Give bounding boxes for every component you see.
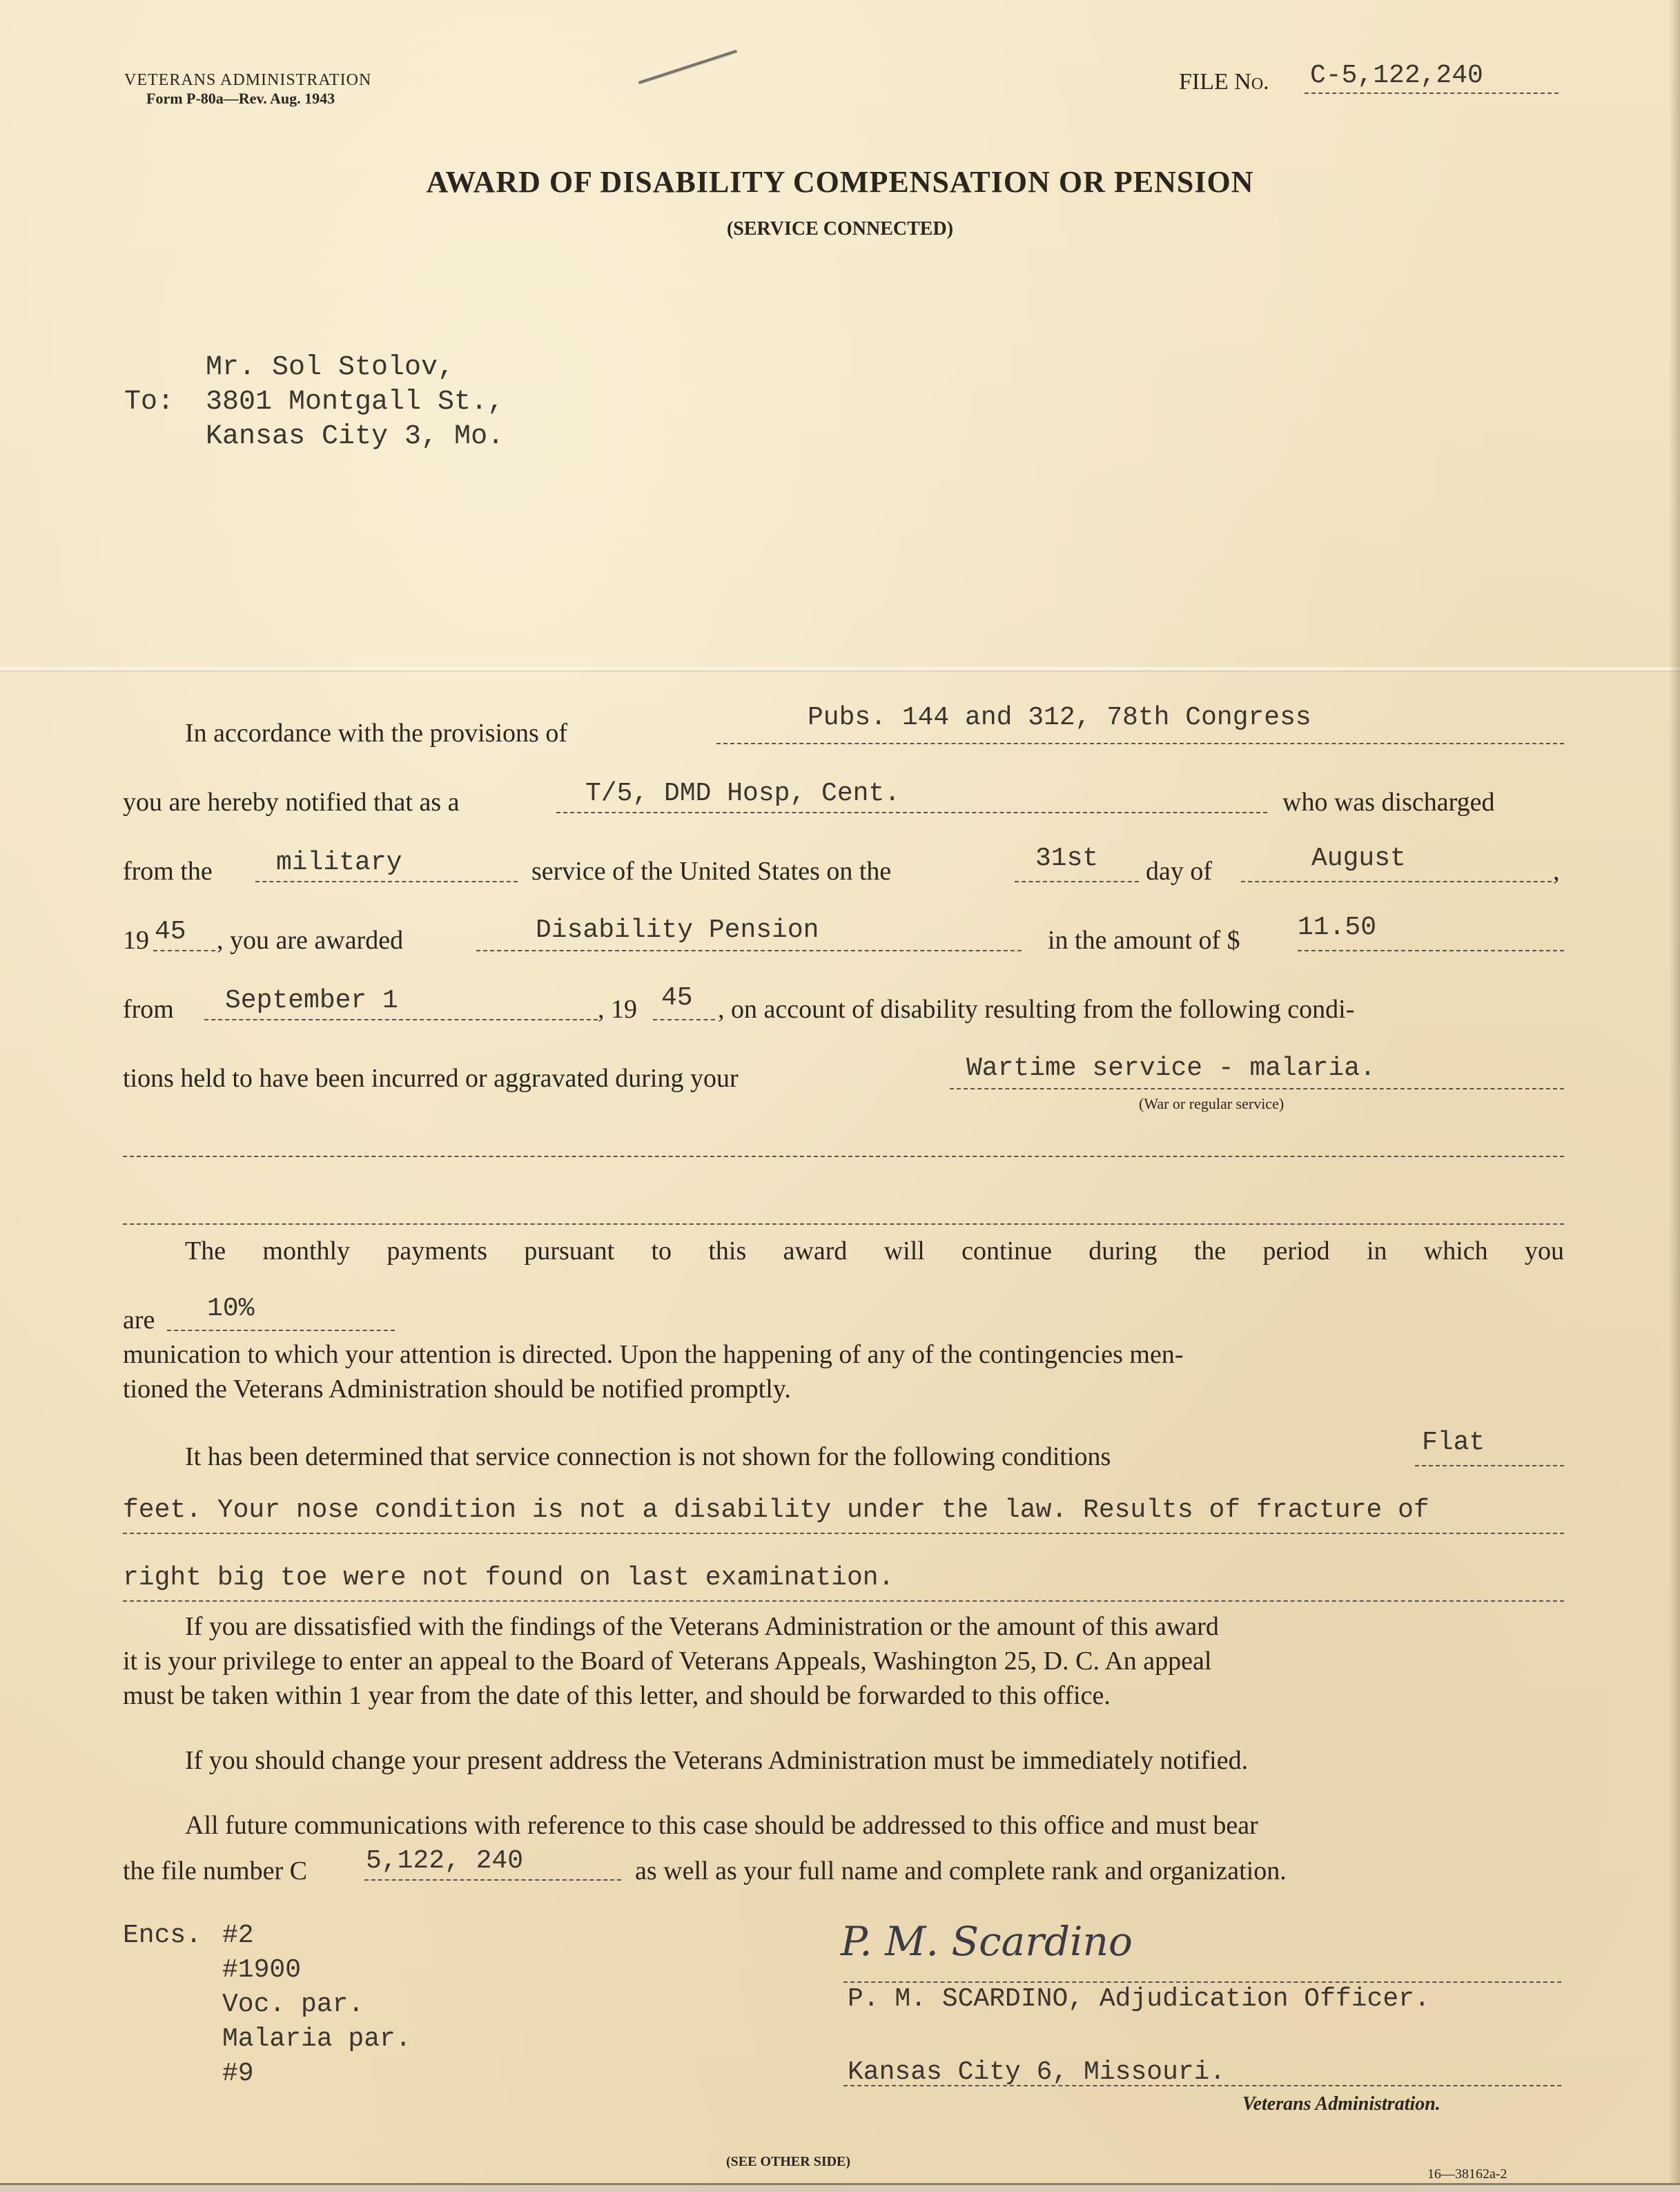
form-number: Form P-80a—Rev. Aug. 1943 bbox=[146, 90, 335, 108]
agency-name: VETERANS ADMINISTRATION bbox=[124, 71, 371, 90]
not-connected-line-2 bbox=[123, 1600, 1564, 1602]
recipient-street: 3801 Montgall St., bbox=[206, 387, 504, 418]
start-year-value: 45 bbox=[661, 983, 693, 1013]
from-the-label: from the bbox=[123, 856, 213, 886]
disability-percent: 10% bbox=[207, 1294, 254, 1323]
recipient-name: Mr. Sol Stolov, bbox=[206, 352, 454, 383]
award-type-value: Disability Pension bbox=[536, 915, 819, 945]
enclosure-item: #2 bbox=[222, 1921, 254, 1950]
not-connected-intro: It has been determined that service conn… bbox=[185, 1442, 1111, 1472]
to-label: To: bbox=[124, 387, 174, 418]
paper-edge-right bbox=[1669, 0, 1680, 2192]
enclosure-item: #9 bbox=[222, 2059, 254, 2088]
service-us-label: service of the United States on the bbox=[531, 856, 891, 886]
see-other-side: (SEE OTHER SIDE) bbox=[726, 2154, 850, 2170]
start-date-line bbox=[204, 1019, 598, 1020]
payments-line-4: tioned the Veterans Administration shoul… bbox=[123, 1374, 791, 1404]
service-condition-line bbox=[950, 1088, 1564, 1089]
discharge-year-value: 45 bbox=[155, 917, 186, 947]
amount-label: in the amount of $ bbox=[1048, 925, 1240, 956]
start-year-line bbox=[653, 1019, 715, 1020]
location-line bbox=[843, 2085, 1561, 2086]
paper-edge-bottom bbox=[0, 2183, 1680, 2192]
document-subtitle: (SERVICE CONNECTED) bbox=[0, 218, 1680, 240]
future-comm-line-1: All future communications with reference… bbox=[185, 1810, 1258, 1841]
not-connected-cond-2: feet. Your nose condition is not a disab… bbox=[123, 1495, 1429, 1525]
discharge-day-line bbox=[1015, 881, 1139, 882]
enclosure-item: Voc. par. bbox=[222, 1990, 364, 2019]
future-comm-suffix: as well as your full name and complete r… bbox=[635, 1856, 1287, 1886]
discharge-month-value: August bbox=[1311, 844, 1406, 873]
recipient-city: Kansas City 3, Mo. bbox=[206, 421, 504, 452]
file-number-line bbox=[1305, 93, 1559, 94]
condition-intro: , on account of disability resulting fro… bbox=[718, 994, 1354, 1025]
enclosure-item: Malaria par. bbox=[222, 2024, 411, 2054]
discharge-month-line bbox=[1241, 881, 1552, 882]
provisions-line bbox=[716, 743, 1564, 744]
appeal-line-1: If you are dissatisfied with the finding… bbox=[185, 1611, 1219, 1642]
not-connected-cond-3: right big toe were not found on last exa… bbox=[123, 1563, 894, 1593]
blank-line-1 bbox=[123, 1156, 1564, 1157]
start-year-prefix: , 19 bbox=[598, 994, 637, 1025]
rank-org-value: T/5, DMD Hosp, Cent. bbox=[585, 779, 900, 808]
award-type-line bbox=[476, 950, 1022, 951]
percent-line bbox=[167, 1330, 395, 1331]
rank-line bbox=[556, 812, 1267, 813]
print-code: 16—38162a-2 bbox=[1427, 2166, 1507, 2182]
staple-mark bbox=[638, 50, 737, 84]
not-connected-cond-1: Flat bbox=[1422, 1428, 1485, 1457]
signatory-location: Kansas City 6, Missouri. bbox=[848, 2057, 1225, 2087]
signatory-name-title: P. M. SCARDINO, Adjudication Officer. bbox=[848, 1984, 1430, 2014]
blank-line-2 bbox=[123, 1223, 1564, 1225]
rank-label: you are hereby notified that as a bbox=[123, 787, 459, 817]
future-comm-prefix: the file number C bbox=[123, 1856, 307, 1886]
provisions-value: Pubs. 144 and 312, 78th Congress bbox=[808, 703, 1311, 733]
amount-line bbox=[1298, 950, 1564, 951]
handwritten-signature: P. M. Scardino bbox=[841, 1918, 1133, 1965]
discharge-year-line bbox=[153, 950, 215, 951]
signature-line bbox=[843, 1981, 1561, 1983]
address-change-notice: If you should change your present addres… bbox=[185, 1745, 1248, 1776]
enclosure-item: #1900 bbox=[222, 1955, 301, 1985]
awarded-label: , you are awarded bbox=[217, 925, 403, 956]
signatory-agency: Veterans Administration. bbox=[1242, 2093, 1440, 2115]
are-label: are bbox=[123, 1305, 155, 1335]
paper-fold-crease bbox=[0, 666, 1680, 672]
discharged-label: who was discharged bbox=[1282, 787, 1494, 817]
provisions-label: In accordance with the provisions of bbox=[185, 718, 567, 748]
service-branch-value: military bbox=[276, 848, 402, 877]
discharge-day-value: 31st bbox=[1035, 844, 1098, 873]
year-prefix: 19 bbox=[123, 925, 149, 956]
payments-line-3: munication to which your attention is di… bbox=[123, 1339, 1183, 1370]
incurred-label: tions held to have been incurred or aggr… bbox=[123, 1063, 739, 1094]
document-title: AWARD OF DISABILITY COMPENSATION OR PENS… bbox=[0, 164, 1680, 200]
appeal-line-2: it is your privilege to enter an appeal … bbox=[123, 1646, 1211, 1676]
enclosures-label: Encs. bbox=[123, 1921, 202, 1950]
service-hint: (War or regular service) bbox=[1139, 1095, 1284, 1113]
file-number-label: FILE No. bbox=[1179, 69, 1269, 95]
payments-line-1: The monthly payments pursuant to this aw… bbox=[185, 1236, 1564, 1266]
file-number-value: C-5,122,240 bbox=[1310, 61, 1483, 90]
future-comm-file-line bbox=[364, 1879, 621, 1881]
service-condition-value: Wartime service - malaria. bbox=[966, 1054, 1376, 1083]
future-comm-file-number: 5,122, 240 bbox=[366, 1846, 523, 1876]
day-of-label: day of bbox=[1146, 856, 1212, 886]
service-branch-line bbox=[255, 881, 518, 882]
start-date-value: September 1 bbox=[225, 986, 398, 1016]
from-label: from bbox=[123, 994, 174, 1025]
appeal-line-3: must be taken within 1 year from the dat… bbox=[123, 1680, 1111, 1711]
not-connected-line-0 bbox=[1415, 1465, 1564, 1466]
comma: , bbox=[1553, 856, 1560, 886]
amount-value: 11.50 bbox=[1298, 913, 1376, 942]
not-connected-line-1 bbox=[123, 1533, 1564, 1534]
